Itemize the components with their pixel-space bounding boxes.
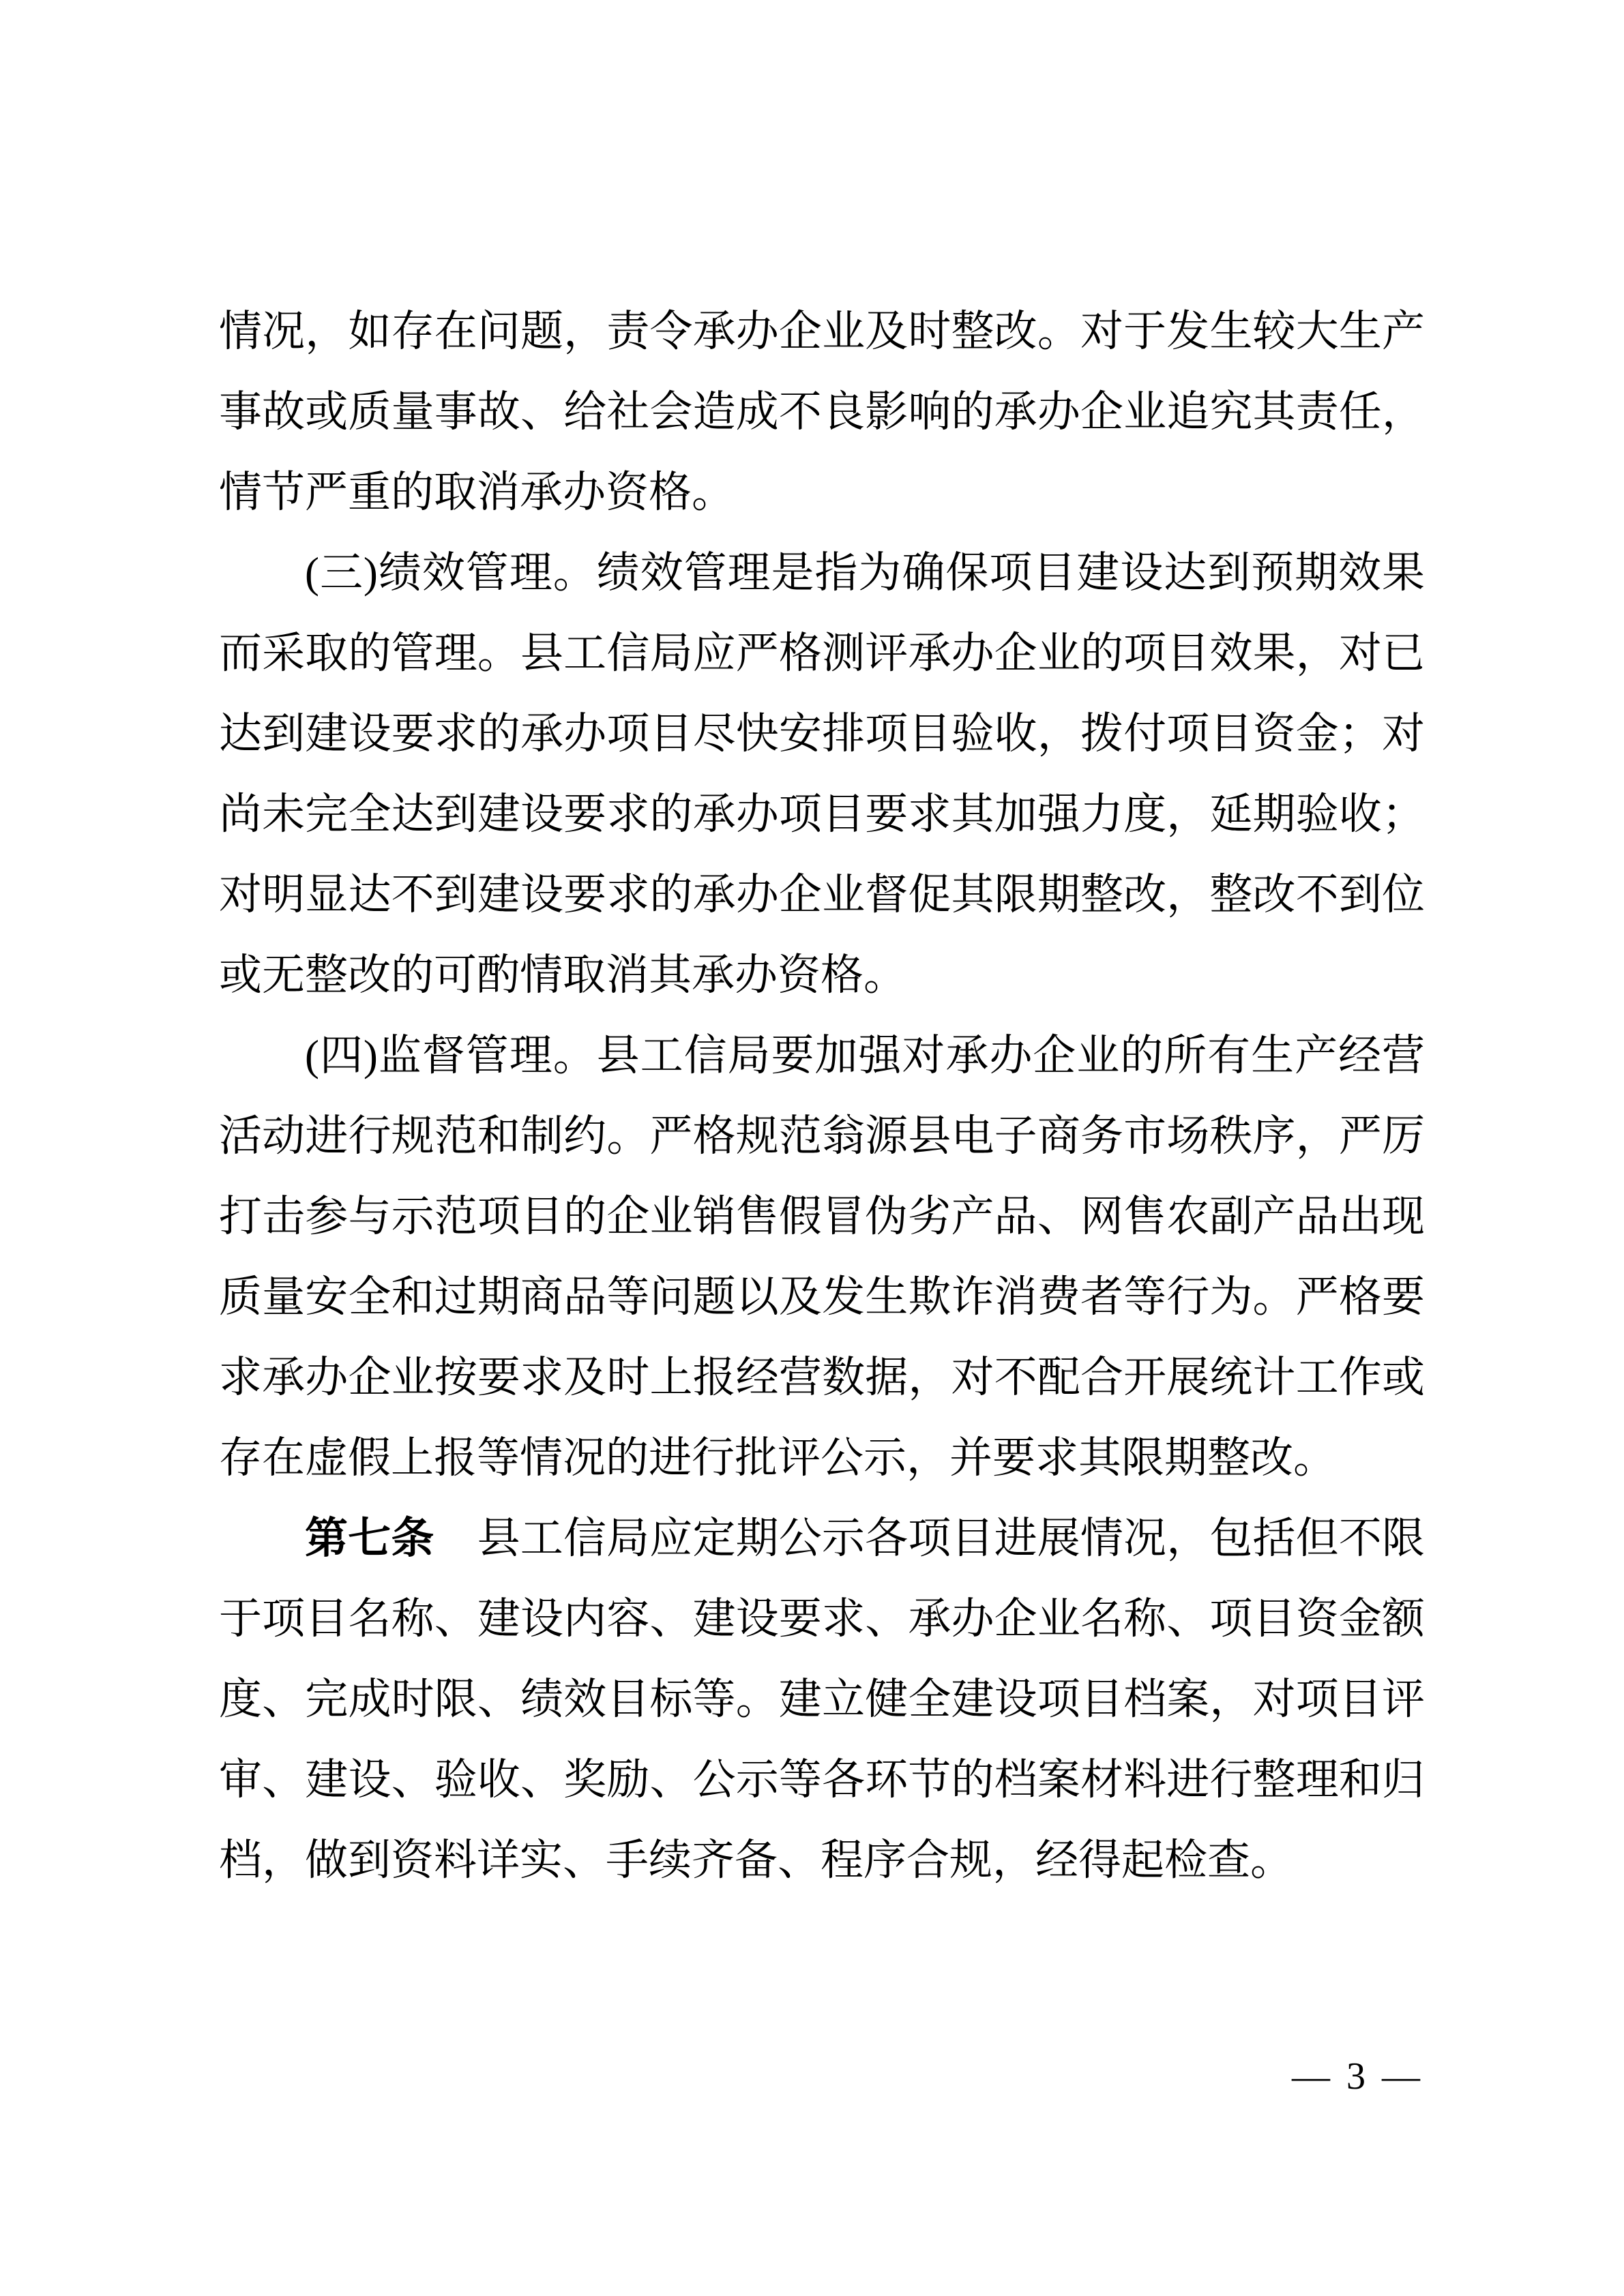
text-line: (三)绩效管理。绩效管理是指为确保项目建设达到预期效果 xyxy=(219,533,1425,613)
text-run: 质量安全和过期商品等问题以及发生欺诈消费者等行为。严格要 xyxy=(219,1273,1425,1321)
text-run: 而采取的管理。县工信局应严格测评承办企业的项目效果，对已 xyxy=(219,629,1425,677)
text-run: 活动进行规范和制约。严格规范翁源县电子商务市场秩序，严厉 xyxy=(219,1112,1425,1160)
text-run: 度、完成时限、绩效目标等。建立健全建设项目档案，对项目评 xyxy=(219,1675,1425,1723)
text-line: 事故或质量事故、给社会造成不良影响的承办企业追究其责任， xyxy=(219,372,1425,452)
page-number: — 3 — xyxy=(1267,2051,1445,2102)
text-line: 质量安全和过期商品等问题以及发生欺诈消费者等行为。严格要 xyxy=(219,1257,1425,1337)
text-run: 存在虚假上报等情况的进行批评公示，并要求其限期整改。 xyxy=(219,1434,1336,1482)
text-run: (四)监督管理。县工信局要加强对承办企业的所有生产经营 xyxy=(305,1032,1425,1079)
text-line: 求承办企业按要求及时上报经营数据，对不配合开展统计工作或 xyxy=(219,1337,1425,1418)
text-line: 于项目名称、建设内容、建设要求、承办企业名称、项目资金额 xyxy=(219,1579,1425,1659)
text-run: 事故或质量事故、给社会造成不良影响的承办企业追究其责任， xyxy=(219,388,1425,436)
document-page: 情况，如存在问题，责令承办企业及时整改。对于发生较大生产事故或质量事故、给社会造… xyxy=(0,0,1624,2296)
text-line: 情况，如存在问题，责令承办企业及时整改。对于发生较大生产 xyxy=(219,291,1425,372)
text-line: 尚未完全达到建设要求的承办项目要求其加强力度，延期验收； xyxy=(219,774,1425,854)
text-line: 第七条 县工信局应定期公示各项目进展情况，包括但不限 xyxy=(219,1498,1425,1579)
text-run: 于项目名称、建设内容、建设要求、承办企业名称、项目资金额 xyxy=(219,1595,1425,1643)
text-run: 情况，如存在问题，责令承办企业及时整改。对于发生较大生产 xyxy=(219,308,1425,355)
text-run: 尚未完全达到建设要求的承办项目要求其加强力度，延期验收； xyxy=(219,790,1425,838)
text-line: 活动进行规范和制约。严格规范翁源县电子商务市场秩序，严厉 xyxy=(219,1096,1425,1176)
text-run: 对明显达不到建设要求的承办企业督促其限期整改，整改不到位 xyxy=(219,871,1425,919)
text-line: 存在虚假上报等情况的进行批评公示，并要求其限期整改。 xyxy=(219,1418,1425,1498)
text-line: 档，做到资料详实、手续齐备、程序合规，经得起检查。 xyxy=(219,1820,1425,1900)
text-line: 而采取的管理。县工信局应严格测评承办企业的项目效果，对已 xyxy=(219,613,1425,694)
text-run: 达到建设要求的承办项目尽快安排项目验收，拨付项目资金；对 xyxy=(219,710,1425,758)
text-line: 达到建设要求的承办项目尽快安排项目验收，拨付项目资金；对 xyxy=(219,694,1425,774)
text-run: 档，做到资料详实、手续齐备、程序合规，经得起检查。 xyxy=(219,1836,1293,1884)
text-run: 求承办企业按要求及时上报经营数据，对不配合开展统计工作或 xyxy=(219,1354,1425,1401)
text-run: 情节严重的取消承办资格。 xyxy=(219,468,735,516)
text-line: (四)监督管理。县工信局要加强对承办企业的所有生产经营 xyxy=(219,1015,1425,1096)
text-run: 或无整改的可酌情取消其承办资格。 xyxy=(219,951,906,999)
text-line: 情节严重的取消承办资格。 xyxy=(219,452,1425,533)
text-run: 打击参与示范项目的企业销售假冒伪劣产品、网售农副产品出现 xyxy=(219,1193,1425,1240)
text-line: 度、完成时限、绩效目标等。建立健全建设项目档案，对项目评 xyxy=(219,1659,1425,1740)
text-line: 对明显达不到建设要求的承办企业督促其限期整改，整改不到位 xyxy=(219,854,1425,935)
text-run: 县工信局应定期公示各项目进展情况，包括但不限 xyxy=(434,1515,1425,1562)
text-run: 审、建设、验收、奖励、公示等各环节的档案材料进行整理和归 xyxy=(219,1756,1425,1804)
text-run: (三)绩效管理。绩效管理是指为确保项目建设达到预期效果 xyxy=(305,549,1425,597)
text-line: 打击参与示范项目的企业销售假冒伪劣产品、网售农副产品出现 xyxy=(219,1176,1425,1257)
text-line: 审、建设、验收、奖励、公示等各环节的档案材料进行整理和归 xyxy=(219,1740,1425,1820)
document-body: 情况，如存在问题，责令承办企业及时整改。对于发生较大生产事故或质量事故、给社会造… xyxy=(219,291,1425,1900)
text-line: 或无整改的可酌情取消其承办资格。 xyxy=(219,935,1425,1015)
article-heading-run: 第七条 xyxy=(305,1515,434,1562)
